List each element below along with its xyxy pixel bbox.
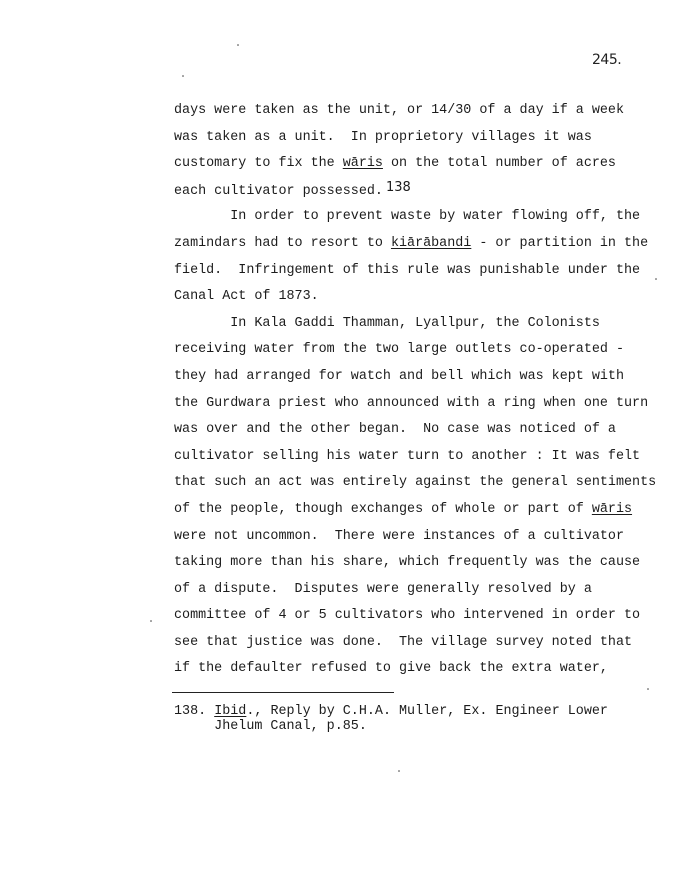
text-segment: if the defaulter refused to give back th… xyxy=(174,661,608,676)
text-segment: In Kala Gaddi Thamman, Lyallpur, the Col… xyxy=(174,316,600,331)
text-segment: Jhelum Canal, p.85. xyxy=(174,719,367,734)
text-segment: was over and the other began. No case wa… xyxy=(174,422,616,437)
underlined-term: kiārābandi xyxy=(391,236,471,251)
text-line: was over and the other began. No case wa… xyxy=(174,417,674,444)
scan-speck xyxy=(398,770,400,772)
body-text: days were taken as the unit, or 14/30 of… xyxy=(174,98,674,683)
text-line: customary to fix the wāris on the total … xyxy=(174,151,674,178)
text-segment: receiving water from the two large outle… xyxy=(174,342,624,357)
text-line: each cultivator possessed.138 xyxy=(174,178,674,205)
document-page: 245. days were taken as the unit, or 14/… xyxy=(0,0,700,884)
text-segment: days were taken as the unit, or 14/30 of… xyxy=(174,103,624,118)
underlined-term: Ibid xyxy=(214,704,246,719)
text-segment: that such an act was entirely against th… xyxy=(174,475,656,490)
scan-speck xyxy=(182,75,184,77)
text-line: of the people, though exchanges of whole… xyxy=(174,497,674,524)
text-segment: taking more than his share, which freque… xyxy=(174,555,640,570)
scan-speck xyxy=(655,278,657,280)
text-segment: In order to prevent waste by water flowi… xyxy=(174,209,640,224)
text-line: field. Infringement of this rule was pun… xyxy=(174,258,674,285)
text-line: zamindars had to resort to kiārābandi - … xyxy=(174,231,674,258)
text-line: In order to prevent waste by water flowi… xyxy=(174,204,674,231)
text-line: days were taken as the unit, or 14/30 of… xyxy=(174,98,674,125)
underlined-term: wāris xyxy=(592,502,632,517)
text-line: taking more than his share, which freque… xyxy=(174,550,674,577)
text-line: receiving water from the two large outle… xyxy=(174,337,674,364)
text-line: if the defaulter refused to give back th… xyxy=(174,656,674,683)
footnote-separator-rule xyxy=(172,692,394,693)
scan-speck xyxy=(237,44,239,46)
footnotes: 138. Ibid., Reply by C.H.A. Muller, Ex. … xyxy=(174,704,608,734)
page-number: 245. xyxy=(592,52,621,68)
text-segment: of the people, though exchanges of whole… xyxy=(174,502,592,517)
text-line: committee of 4 or 5 cultivators who inte… xyxy=(174,603,674,630)
text-line: the Gurdwara priest who announced with a… xyxy=(174,391,674,418)
text-segment: committee of 4 or 5 cultivators who inte… xyxy=(174,608,640,623)
text-line: were not uncommon. There were instances … xyxy=(174,524,674,551)
text-line: see that justice was done. The village s… xyxy=(174,630,674,657)
text-segment: each cultivator possessed. xyxy=(174,184,383,199)
text-line: of a dispute. Disputes were generally re… xyxy=(174,577,674,604)
footnote-item: 138. Ibid., Reply by C.H.A. Muller, Ex. … xyxy=(174,704,608,734)
text-segment: the Gurdwara priest who announced with a… xyxy=(174,396,648,411)
text-segment: - or partition in the xyxy=(471,236,648,251)
text-line: In Kala Gaddi Thamman, Lyallpur, the Col… xyxy=(174,311,674,338)
text-segment: customary to fix the xyxy=(174,156,343,171)
text-line: that such an act was entirely against th… xyxy=(174,470,674,497)
scan-speck xyxy=(647,688,649,690)
underlined-term: wāris xyxy=(343,156,383,171)
text-line: cultivator selling his water turn to ano… xyxy=(174,444,674,471)
text-segment: 138. xyxy=(174,704,214,719)
text-segment: was taken as a unit. In proprietory vill… xyxy=(174,130,592,145)
text-segment: of a dispute. Disputes were generally re… xyxy=(174,582,592,597)
text-line: Canal Act of 1873. xyxy=(174,284,674,311)
text-segment: ., Reply by C.H.A. Muller, Ex. Engineer … xyxy=(246,704,608,719)
text-segment: cultivator selling his water turn to ano… xyxy=(174,449,640,464)
text-line: 138. Ibid., Reply by C.H.A. Muller, Ex. … xyxy=(174,704,608,719)
text-segment: on the total number of acres xyxy=(383,156,616,171)
text-segment: field. Infringement of this rule was pun… xyxy=(174,263,640,278)
text-segment: see that justice was done. The village s… xyxy=(174,635,632,650)
text-segment: zamindars had to resort to xyxy=(174,236,391,251)
text-line: they had arranged for watch and bell whi… xyxy=(174,364,674,391)
text-segment: they had arranged for watch and bell whi… xyxy=(174,369,624,384)
text-line: was taken as a unit. In proprietory vill… xyxy=(174,125,674,152)
scan-speck xyxy=(150,620,152,622)
text-segment: were not uncommon. There were instances … xyxy=(174,529,624,544)
text-segment: Canal Act of 1873. xyxy=(174,289,319,304)
footnote-reference: 138 xyxy=(386,180,411,195)
text-line: Jhelum Canal, p.85. xyxy=(174,719,608,734)
